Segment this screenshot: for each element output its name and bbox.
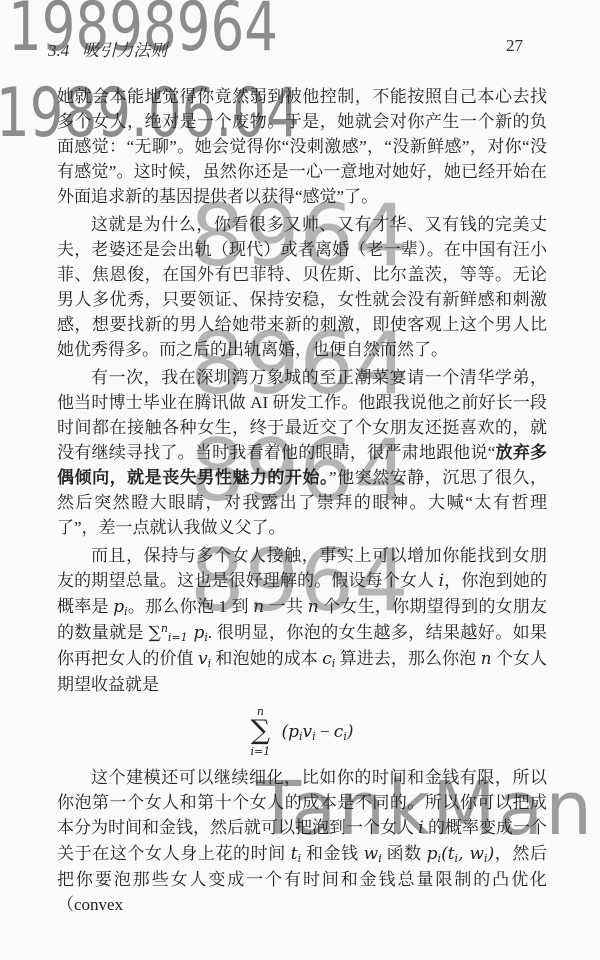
text-run: 。那么你泡 1 到: [128, 597, 254, 616]
section-heading: 3.4吸引力法则: [48, 41, 167, 60]
page-number: 27: [506, 36, 523, 56]
text-run: 这就是为什么，你看很多又帅、又有才华、又有钱的完美丈夫，老婆还是会出轨（现代）或…: [57, 215, 547, 359]
math-text: v: [303, 722, 313, 742]
summation-symbol: n ∑ i=1: [251, 706, 271, 757]
math-subscript: i=1: [168, 631, 188, 644]
math-text: n: [308, 597, 319, 617]
math-text: , w: [458, 844, 484, 864]
text-run: 有一次，我在深圳湾万象城的至正潮菜宴请一个清华学弟，他当时博士毕业在腾讯做 AI…: [57, 368, 547, 462]
paragraph: 这就是为什么，你看很多又帅、又有才华、又有钱的完美丈夫，老婆还是会出轨（现代）或…: [57, 212, 547, 362]
text-run: 和金钱: [301, 844, 364, 863]
math-text: n: [481, 649, 492, 669]
body-text: 她就会本能地觉得你竟然弱到被他控制，不能按照自己本心去找多个女人，绝对是一个废物…: [57, 84, 547, 917]
math-text: p: [427, 844, 438, 864]
math-text: t: [291, 844, 298, 864]
section-number: 3.4: [48, 41, 69, 60]
math-text: ∑: [149, 623, 161, 643]
paragraph: 有一次，我在深圳湾万象城的至正潮菜宴请一个清华学弟，他当时博士毕业在腾讯做 AI…: [57, 365, 547, 540]
math-superscript: n: [161, 622, 168, 635]
paragraphs-bottom: 这个建模还可以继续细化，比如你的时间和金钱有限，所以你泡第一个女人和第十个女人的…: [57, 765, 547, 917]
paragraph: 这个建模还可以继续细化，比如你的时间和金钱有限，所以你泡第一个女人和第十个女人的…: [57, 765, 547, 917]
math-text: p: [188, 623, 205, 643]
running-header: 3.4吸引力法则 27: [48, 36, 552, 58]
math-text: c: [334, 722, 344, 742]
math-text: w: [364, 844, 379, 864]
text-run: 和泡她的成本: [211, 649, 322, 668]
math-text: (t: [441, 844, 454, 864]
text-run: 一共: [264, 597, 307, 616]
math-text: v: [198, 649, 208, 669]
math-text: ): [347, 722, 354, 742]
formula-expression: (pivi − ci): [282, 719, 354, 745]
text-run: 她就会本能地觉得你竟然弱到被他控制，不能按照自己本心去找多个女人，绝对是一个废物…: [57, 87, 547, 206]
sigma-glyph: ∑: [251, 719, 270, 743]
math-text: n: [253, 597, 264, 617]
display-formula: n ∑ i=1 (pivi − ci): [57, 706, 547, 757]
math-text: c: [322, 649, 332, 669]
paragraph: 而且，保持与多个女人接触，事实上可以增加你能找到女朋友的期望总量。这也是很好理解…: [57, 543, 547, 697]
section-title: 吸引力法则: [82, 41, 167, 60]
math-text: (p: [282, 722, 300, 742]
text-run: 算进去，那么你泡: [335, 649, 480, 668]
text-run: 函数: [382, 844, 427, 863]
paragraph: 她就会本能地觉得你竟然弱到被他控制，不能按照自己本心去找多个女人，绝对是一个废物…: [57, 84, 547, 209]
paragraphs-top: 她就会本能地觉得你竟然弱到被他控制，不能按照自己本心去找多个女人，绝对是一个废物…: [57, 84, 547, 697]
sum-lower-limit: i=1: [251, 746, 271, 757]
book-page: 19898964 1989.06.04 8964 8964 8964 8964 …: [0, 0, 600, 960]
math-text: p: [113, 597, 124, 617]
text-run: −: [316, 722, 334, 741]
